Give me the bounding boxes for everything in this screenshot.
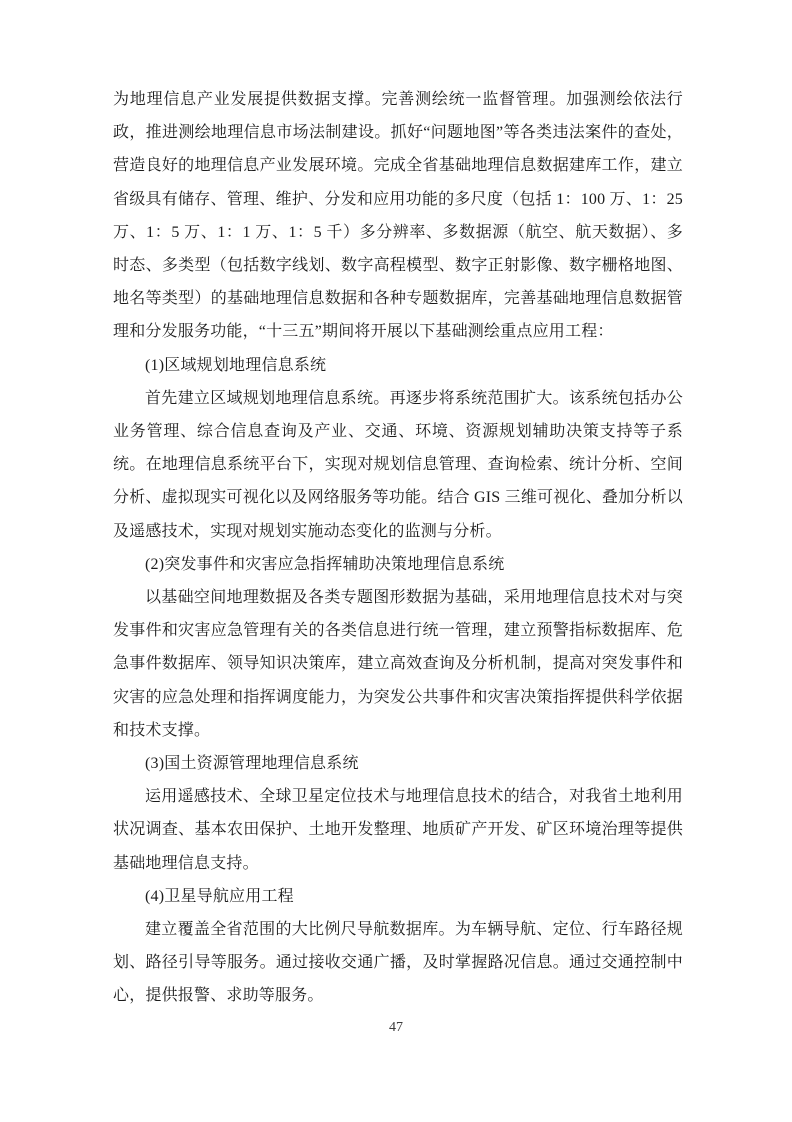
- item-heading: (4)卫星导航应用工程: [113, 880, 683, 913]
- paragraph: 为地理信息产业发展提供数据支撑。完善测绘统一监督管理。加强测绘依法行政，推进测绘…: [113, 83, 683, 349]
- item-heading: (2)突发事件和灾害应急指挥辅助决策地理信息系统: [113, 548, 683, 581]
- paragraph: 首先建立区域规划地理信息系统。再逐步将系统范围扩大。该系统包括办公业务管理、综合…: [113, 382, 683, 548]
- text-block: 为地理信息产业发展提供数据支撑。完善测绘统一监督管理。加强测绘依法行政，推进测绘…: [113, 83, 683, 1013]
- document-page: 为地理信息产业发展提供数据支撑。完善测绘统一监督管理。加强测绘依法行政，推进测绘…: [0, 0, 792, 1122]
- item-heading: (1)区域规划地理信息系统: [113, 349, 683, 382]
- page-number: 47: [0, 1020, 792, 1036]
- paragraph: 运用遥感技术、全球卫星定位技术与地理信息技术的结合，对我省土地利用状况调查、基本…: [113, 780, 683, 880]
- paragraph: 建立覆盖全省范围的大比例尺导航数据库。为车辆导航、定位、行车路径规划、路径引导等…: [113, 913, 683, 1013]
- item-heading: (3)国土资源管理地理信息系统: [113, 747, 683, 780]
- paragraph: 以基础空间地理数据及各类专题图形数据为基础，采用地理信息技术对与突发事件和灾害应…: [113, 581, 683, 747]
